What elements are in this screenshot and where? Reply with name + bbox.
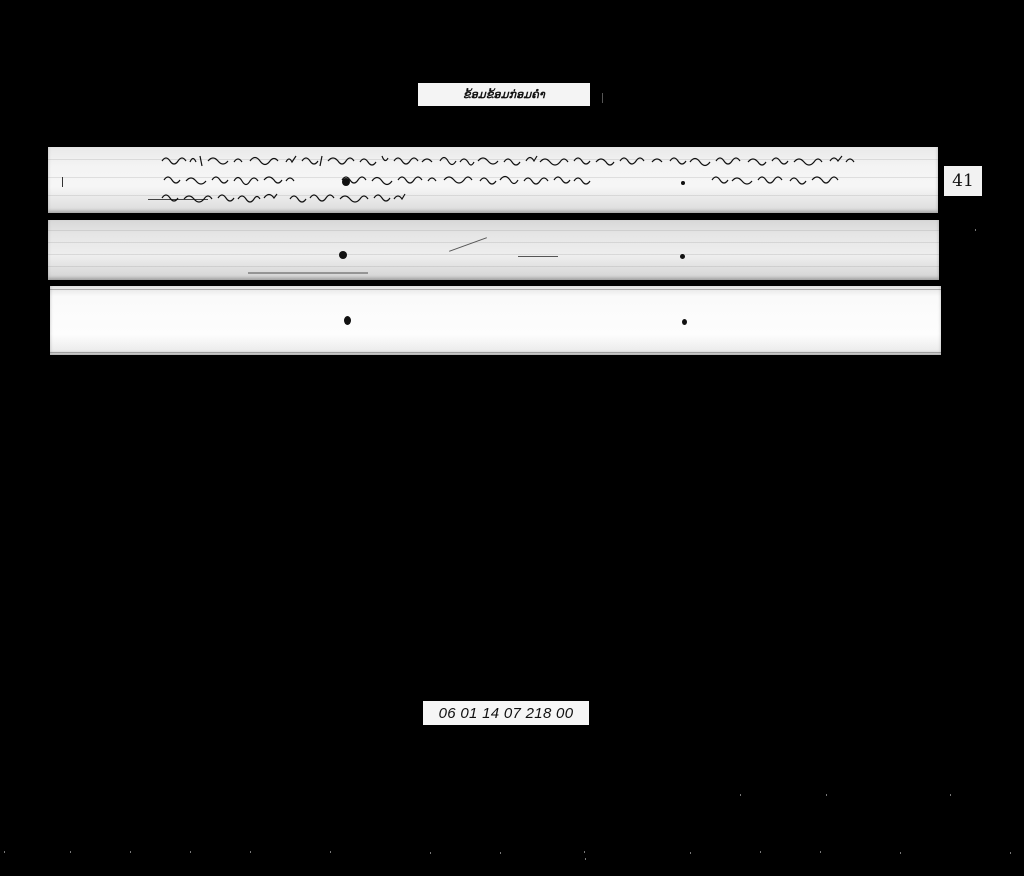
palm-leaf-3 <box>50 286 941 355</box>
margin-mark <box>62 177 63 187</box>
title-label: ຂ້ອມຂ້ອມກ່ອມຄຳ <box>418 83 590 106</box>
script-line-3 <box>160 189 420 203</box>
string-hole-icon <box>344 316 351 325</box>
palm-leaf-2 <box>48 220 939 280</box>
script-line-2 <box>162 171 862 185</box>
scan-artifact <box>602 93 603 103</box>
leaf-crack <box>518 256 558 257</box>
palm-leaf-1 <box>48 147 938 213</box>
string-hole-icon <box>680 254 685 259</box>
page-number-label: 41 <box>944 166 982 196</box>
string-hole-icon <box>339 251 347 259</box>
script-line-1 <box>160 152 860 166</box>
string-hole-icon <box>682 319 687 325</box>
leaf-crack <box>449 237 487 252</box>
leaf-edge-wear <box>248 272 368 274</box>
catalog-number-label: 06 01 14 07 218 00 <box>423 701 589 725</box>
